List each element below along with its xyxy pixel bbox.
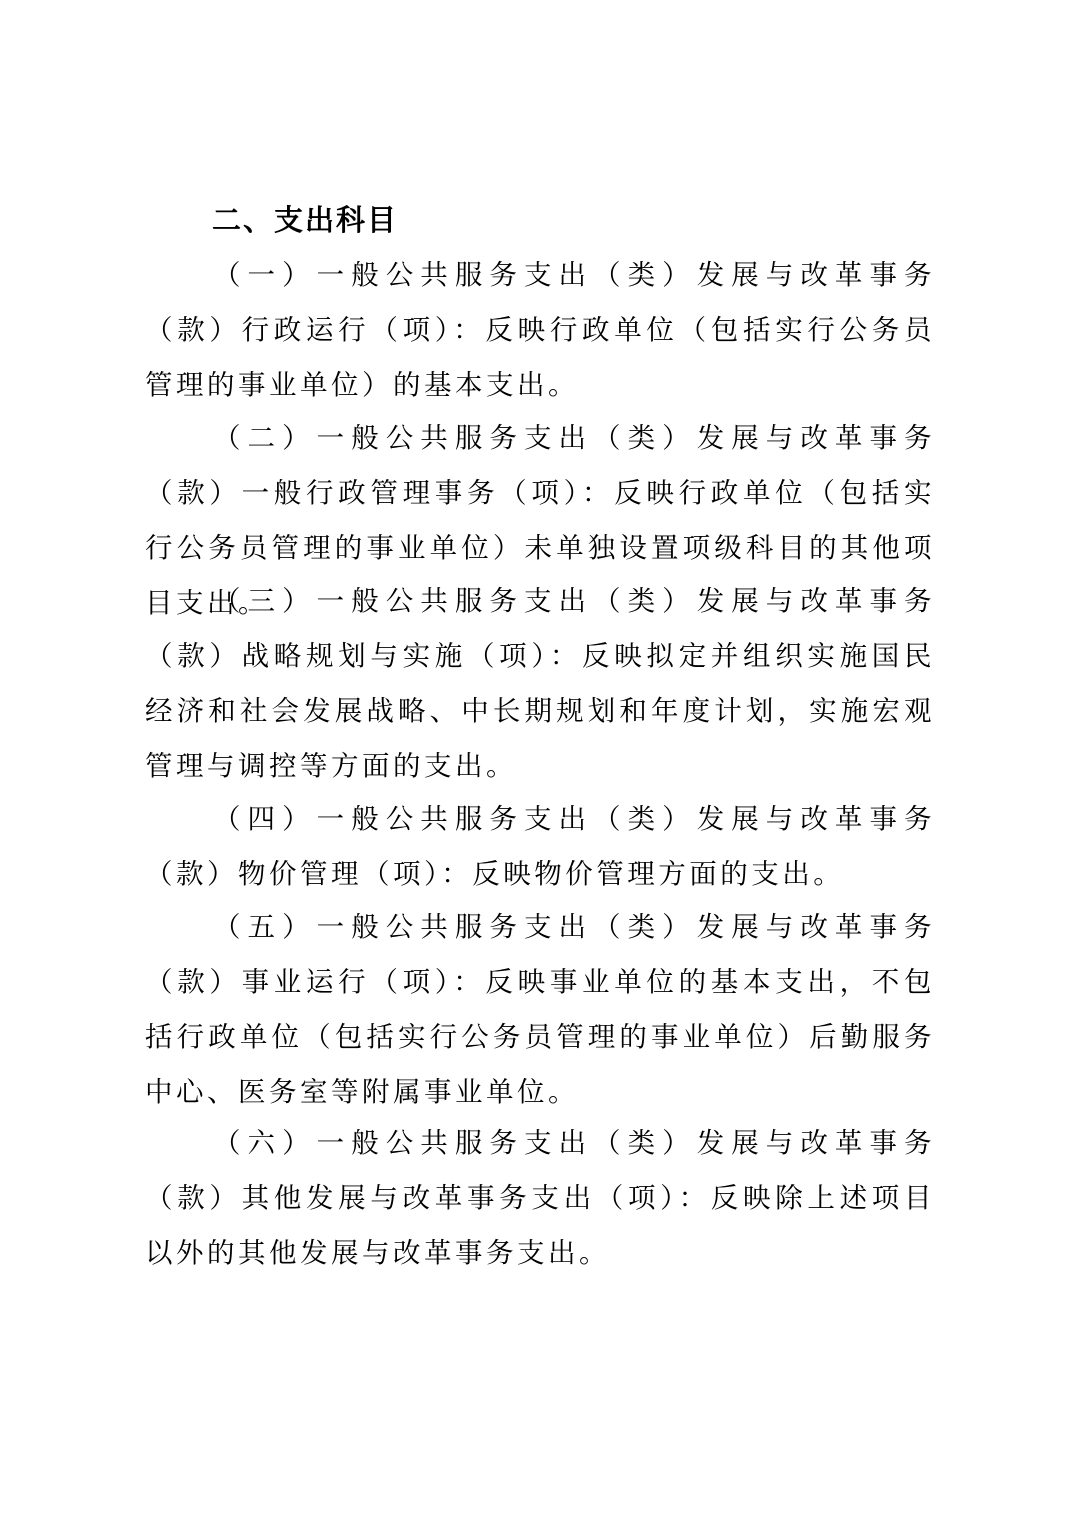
paragraph-item-3: （三）一般公共服务支出（类）发展与改革事务（款）战略规划与实施（项）：反映拟定并…: [145, 574, 935, 794]
document-page: 二、支出科目 （一）一般公共服务支出（类）发展与改革事务（款）行政运行（项）：反…: [0, 0, 1074, 1520]
paragraph-item-5: （五）一般公共服务支出（类）发展与改革事务（款）事业运行（项）：反映事业单位的基…: [145, 900, 935, 1120]
section-heading: 二、支出科目: [212, 200, 398, 240]
paragraph-item-4: （四）一般公共服务支出（类）发展与改革事务（款）物价管理（项）：反映物价管理方面…: [145, 792, 935, 902]
paragraph-item-6: （六）一般公共服务支出（类）发展与改革事务（款）其他发展与改革事务支出（项）：反…: [145, 1116, 935, 1281]
paragraph-item-1: （一）一般公共服务支出（类）发展与改革事务（款）行政运行（项）：反映行政单位（包…: [145, 248, 935, 413]
